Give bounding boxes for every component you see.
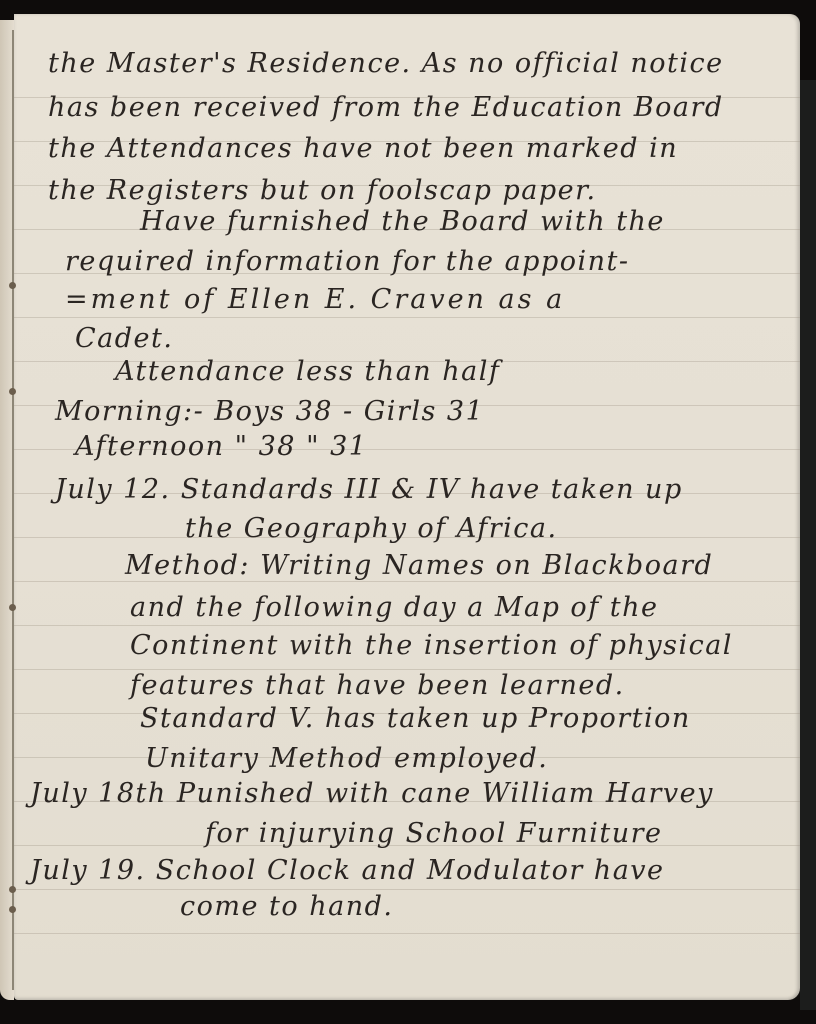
text-line: required information for the appoint-: [65, 248, 630, 275]
text-line: the Registers but on foolscap paper.: [48, 177, 597, 204]
binding-stitch: [9, 282, 16, 289]
binding-stitch: [9, 906, 16, 913]
book-cover-edge: [800, 80, 816, 1010]
text-line: Continent with the insertion of physical: [130, 632, 733, 659]
binding-stitch: [9, 604, 16, 611]
text-line: Unitary Method employed.: [145, 745, 548, 772]
text-line: the Attendances have not been marked in: [48, 135, 678, 162]
text-line: has been received from the Education Boa…: [48, 94, 724, 121]
text-line: Cadet.: [75, 325, 173, 352]
text-line: =ment of Ellen E. Craven as a: [65, 286, 565, 313]
binding-stitch: [9, 388, 16, 395]
text-line: for injurying School Furniture: [205, 820, 663, 847]
attendance-morning-row: Morning:- Boys 38 - Girls 31: [55, 398, 484, 425]
notebook-page: the Master's Residence. As no official n…: [14, 14, 800, 1000]
handwritten-text: the Master's Residence. As no official n…: [14, 14, 800, 1000]
text-line: come to hand.: [180, 893, 393, 920]
text-line: the Master's Residence. As no official n…: [48, 50, 724, 77]
text-line: and the following day a Map of the: [130, 594, 658, 621]
entry-july-18: July 18th Punished with cane William Har…: [30, 780, 714, 807]
text-line: features that have been learned.: [130, 672, 625, 699]
attendance-afternoon-row: Afternoon " 38 " 31: [75, 433, 367, 460]
binding-stitch: [9, 886, 16, 893]
text-line: Standard V. has taken up Proportion: [140, 705, 691, 732]
binding-gutter: [12, 30, 14, 990]
attendance-heading: Attendance less than half: [115, 358, 500, 385]
entry-july-19: July 19. School Clock and Modulator have: [30, 857, 665, 884]
text-line: Have furnished the Board with the: [140, 208, 665, 235]
entry-july-12: July 12. Standards III & IV have taken u…: [55, 476, 683, 503]
text-line: Method: Writing Names on Blackboard: [125, 552, 713, 579]
text-line: the Geography of Africa.: [185, 515, 558, 542]
